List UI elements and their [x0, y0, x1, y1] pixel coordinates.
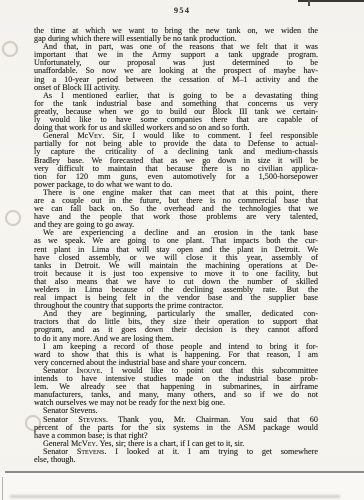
text-line: else, though. [34, 456, 318, 464]
scanned-page: 954 the time at which we want to bring t… [0, 0, 364, 500]
transcript-text-column: the time at which we want to bring the n… [34, 27, 318, 464]
binder-hole-middle [5, 210, 21, 226]
text-line: Senator Stevens. I looked at it. I am tr… [34, 448, 318, 456]
text-segment: . I looked at it. I am trying to get som… [104, 447, 318, 456]
speaker-name: Stevens [77, 447, 105, 456]
text-segment: else, though. [34, 455, 76, 464]
page-bottom-edge-line [5, 471, 364, 473]
binder-hole-top [2, 41, 18, 57]
scan-artifact-bottom-left-line [2, 477, 3, 500]
scan-smudge [10, 495, 340, 498]
page-number: 954 [0, 6, 364, 15]
